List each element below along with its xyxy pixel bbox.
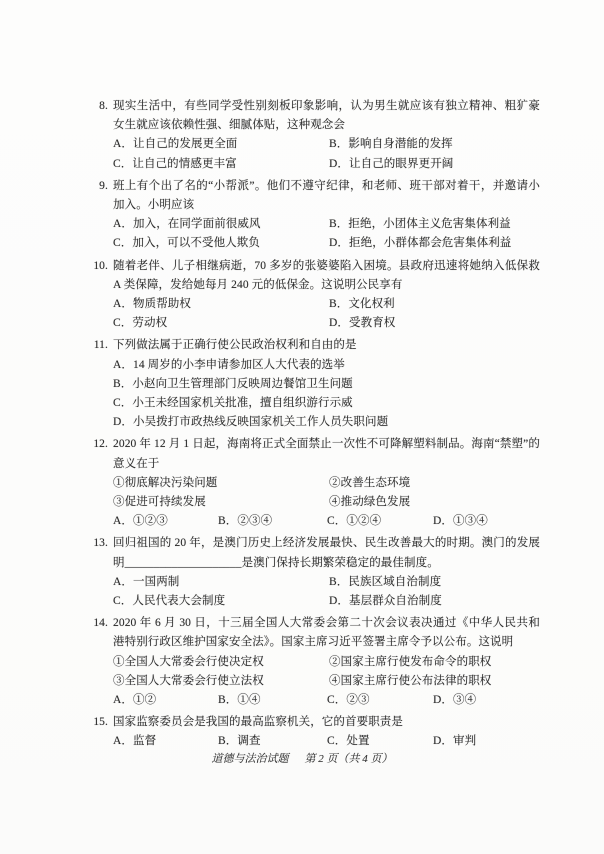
option-c: C．劳动权 (113, 314, 329, 333)
option-row: C．加入，可以不受他人欺负 D．拒绝，小群体都会危害集体利益 (113, 234, 540, 253)
question-stem-line: 女生就应该依赖性强、细腻体贴，这种观念会 (113, 116, 540, 135)
numbered-item-4: ④国家主席行使公布法律的职权 (329, 672, 540, 691)
question-stem-line: 随着老伴、儿子相继病逝，70 多岁的张婆婆陷入困境。县政府迅速将她纳入低保救助 (113, 257, 540, 276)
option-row: A．①②③ B．②③④ C．①②④ D．①③④ (113, 512, 540, 531)
option-row: C．人民代表大会制度 D．基层群众自治制度 (113, 592, 540, 611)
option-d: D．③④ (433, 691, 540, 710)
question-number: 14. (56, 614, 108, 633)
option-b: B．小赵向卫生管理部门反映周边餐馆卫生问题 (113, 375, 540, 394)
numbered-item-3: ③全国人大常委会行使立法权 (113, 672, 329, 691)
question-stem-line: 现实生活中，有些同学受性别刻板印象影响，认为男生就应该有独立精神、粗犷豪放， (113, 97, 540, 116)
question-stem-line: 回归祖国的 20 年，是澳门历史上经济发展最快、民生改善最大的时期。澳门的发展表 (113, 534, 540, 553)
option-row: C．劳动权 D．受教育权 (113, 314, 540, 333)
option-a: A．①②③ (113, 512, 218, 531)
question-stem-line: A 类保障，发给她每月 240 元的低保金。这说明公民享有 (113, 276, 540, 295)
question-number: 12. (56, 435, 108, 454)
question-number: 13. (56, 534, 108, 553)
question-15: 15. 国家监察委员会是我国的最高监察机关，它的首要职责是 A．监督 B．调查 … (56, 713, 540, 751)
question-10: 10. 随着老伴、儿子相继病逝，70 多岁的张婆婆陷入困境。县政府迅速将她纳入低… (56, 257, 540, 334)
numbered-item-row: ①彻底解决污染问题 ②改善生态环境 (113, 474, 540, 493)
option-row: A．一国两制 B．民族区域自治制度 (113, 573, 540, 592)
option-b: B．影响自身潜能的发挥 (329, 135, 540, 154)
option-b: B．①④ (218, 691, 327, 710)
option-c: C．小王未经国家机关批准，擅自组织游行示威 (113, 394, 540, 413)
question-8: 8. 现实生活中，有些同学受性别刻板印象影响，认为男生就应该有独立精神、粗犷豪放… (56, 97, 540, 174)
option-a: A．物质帮助权 (113, 295, 329, 314)
numbered-item-3: ③促进可持续发展 (113, 493, 329, 512)
option-b: B．拒绝，小团体主义危害集体利益 (329, 215, 540, 234)
page-footer: 道德与法治试题第 2 页（共 4 页） (0, 750, 604, 766)
option-b: B．②③④ (218, 512, 327, 531)
option-c: C．人民代表大会制度 (113, 592, 329, 611)
option-d: D．审判 (433, 732, 540, 751)
question-stem-line: 意义在于 (113, 455, 540, 474)
footer-page-number: 第 2 页（共 4 页） (305, 753, 393, 765)
question-9: 9. 班上有个出了名的“小帮派”。他们不遵守纪律，和老师、班干部对着干，并邀请小… (56, 177, 540, 254)
option-d: D．基层群众自治制度 (329, 592, 540, 611)
numbered-item-2: ②改善生态环境 (329, 474, 540, 493)
question-number: 15. (56, 713, 108, 732)
footer-exam-title: 道德与法治试题 (212, 753, 289, 765)
option-a: A．一国两制 (113, 573, 329, 592)
question-11: 11. 下列做法属于正确行使公民政治权利和自由的是 A．14 周岁的小李申请参加… (56, 336, 540, 432)
option-a: A．让自己的发展更全面 (113, 135, 329, 154)
question-stem-line: 下列做法属于正确行使公民政治权利和自由的是 (113, 336, 540, 355)
option-a: A．14 周岁的小李申请参加区人大代表的选举 (113, 356, 540, 375)
option-d: D．小吴拨打市政热线反映国家机关工作人员失职问题 (113, 413, 540, 432)
option-row: A．监督 B．调查 C．处置 D．审判 (113, 732, 540, 751)
question-number: 8. (56, 97, 108, 116)
question-stem-line: 国家监察委员会是我国的最高监察机关，它的首要职责是 (113, 713, 540, 732)
question-12: 12. 2020 年 12 月 1 日起，海南将正式全面禁止一次性不可降解塑料制… (56, 435, 540, 531)
option-row: A．加入，在同学面前很威风 B．拒绝，小团体主义危害集体利益 (113, 215, 540, 234)
option-c: C．加入，可以不受他人欺负 (113, 234, 329, 253)
option-c: C．①②④ (327, 512, 433, 531)
option-b: B．民族区域自治制度 (329, 573, 540, 592)
question-stem-line: 加入。小明应该 (113, 196, 540, 215)
question-14: 14. 2020 年 6 月 30 日，十三届全国人大常委会第二十次会议表决通过… (56, 614, 540, 710)
option-row: A．物质帮助权 B．文化权利 (113, 295, 540, 314)
option-c: C．②③ (327, 691, 433, 710)
option-d: D．让自己的眼界更开阔 (329, 155, 540, 174)
question-stem-line: 2020 年 6 月 30 日，十三届全国人大常委会第二十次会议表决通过《中华人… (113, 614, 540, 633)
option-b: B．文化权利 (329, 295, 540, 314)
question-number: 9. (56, 177, 108, 196)
question-stem-line: 2020 年 12 月 1 日起，海南将正式全面禁止一次性不可降解塑料制品。海南… (113, 435, 540, 454)
option-b: B．调查 (218, 732, 327, 751)
numbered-item-1: ①彻底解决污染问题 (113, 474, 329, 493)
questions-area: 8. 现实生活中，有些同学受性别刻板印象影响，认为男生就应该有独立精神、粗犷豪放… (56, 97, 540, 755)
question-stem-line-with-blank: 明____________________是澳门保持长期繁荣稳定的最佳制度。 (113, 554, 540, 573)
option-row: C．让自己的情感更丰富 D．让自己的眼界更开阔 (113, 155, 540, 174)
numbered-item-row: ①全国人大常委会行使决定权 ②国家主席行使发布命令的职权 (113, 653, 540, 672)
numbered-item-2: ②国家主席行使发布命令的职权 (329, 653, 540, 672)
numbered-item-4: ④推动绿色发展 (329, 493, 540, 512)
option-row: A．让自己的发展更全面 B．影响自身潜能的发挥 (113, 135, 540, 154)
question-number: 10. (56, 257, 108, 276)
option-c: C．让自己的情感更丰富 (113, 155, 329, 174)
option-d: D．①③④ (433, 512, 540, 531)
numbered-item-row: ③全国人大常委会行使立法权 ④国家主席行使公布法律的职权 (113, 672, 540, 691)
numbered-item-1: ①全国人大常委会行使决定权 (113, 653, 329, 672)
option-d: D．拒绝，小群体都会危害集体利益 (329, 234, 540, 253)
option-a: A．监督 (113, 732, 218, 751)
question-13: 13. 回归祖国的 20 年，是澳门历史上经济发展最快、民生改善最大的时期。澳门… (56, 534, 540, 611)
option-c: C．处置 (327, 732, 433, 751)
question-number: 11. (56, 336, 108, 355)
question-stem-line: 班上有个出了名的“小帮派”。他们不遵守纪律，和老师、班干部对着干，并邀请小明 (113, 177, 540, 196)
question-stem-line: 港特别行政区维护国家安全法》。国家主席习近平签署主席令予以公布。这说明 (113, 633, 540, 652)
exam-paper-page: 8. 现实生活中，有些同学受性别刻板印象影响，认为男生就应该有独立精神、粗犷豪放… (0, 0, 604, 854)
numbered-item-row: ③促进可持续发展 ④推动绿色发展 (113, 493, 540, 512)
option-a: A．①② (113, 691, 218, 710)
option-row: A．①② B．①④ C．②③ D．③④ (113, 691, 540, 710)
option-d: D．受教育权 (329, 314, 540, 333)
option-a: A．加入，在同学面前很威风 (113, 215, 329, 234)
